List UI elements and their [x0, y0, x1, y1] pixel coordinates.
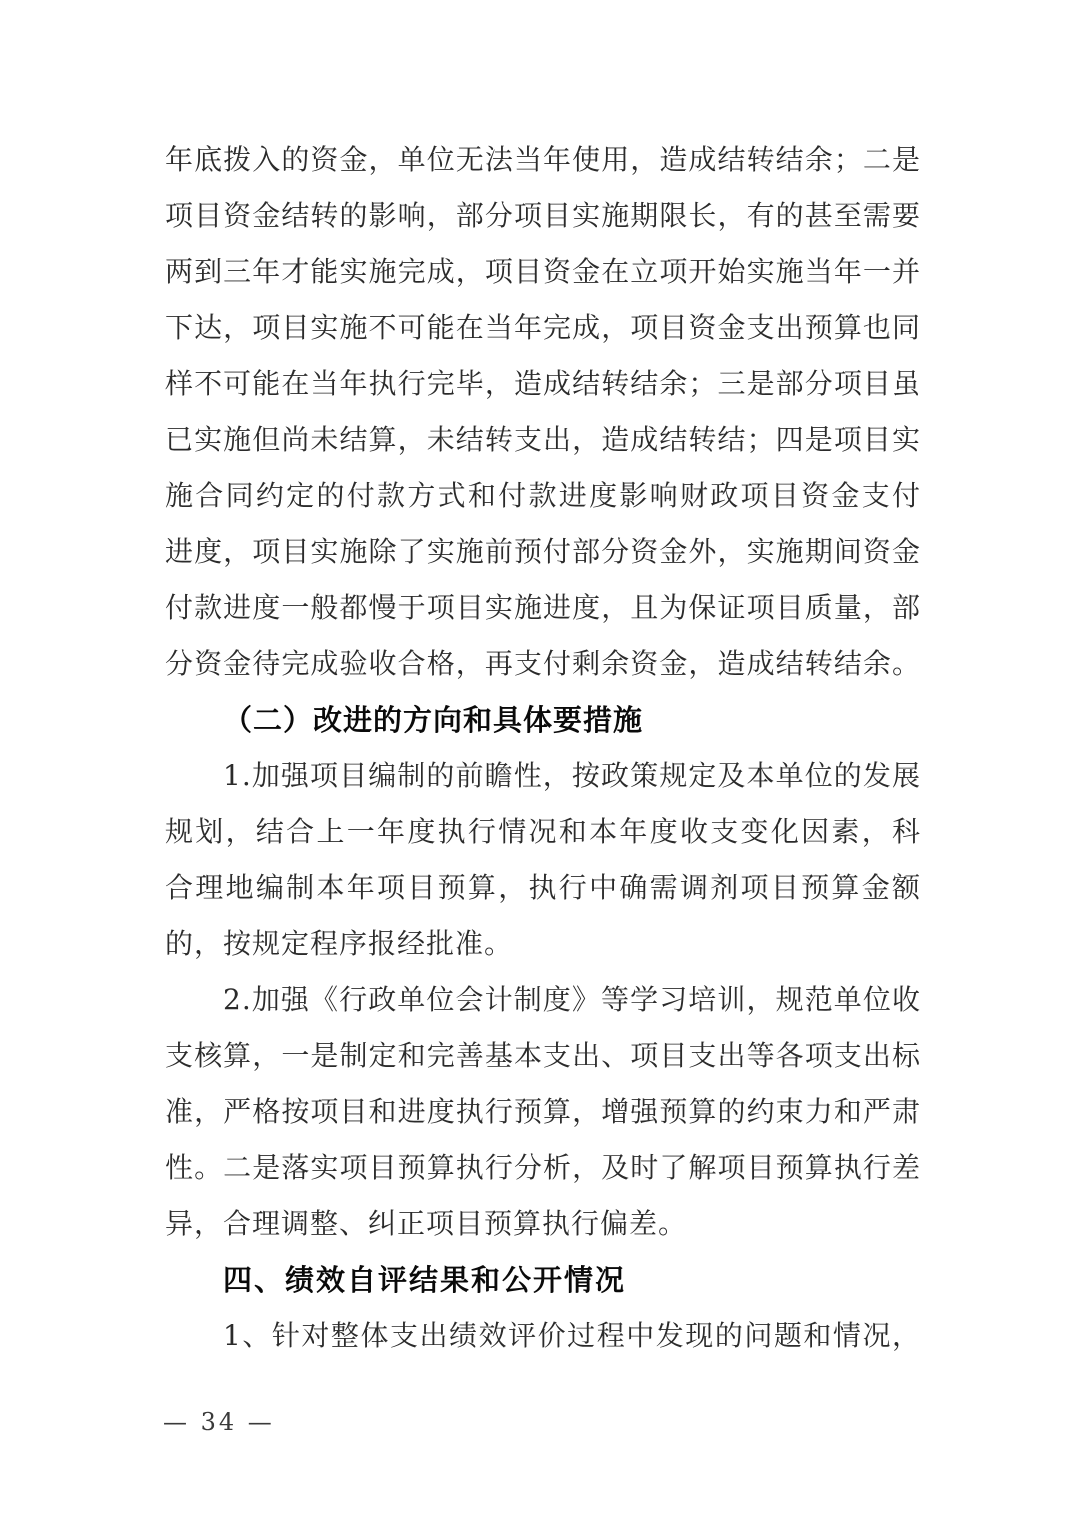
body-line: 已实施但尚未结算，未结转支出，造成结转结；四是项目实	[165, 412, 921, 468]
body-line: 施合同约定的付款方式和付款进度影响财政项目资金支付	[165, 468, 921, 524]
body-line: 准，严格按项目和进度执行预算，增强预算的约束力和严肃	[165, 1084, 921, 1140]
document-page: 年底拨入的资金，单位无法当年使用，造成结转结余；二是 项目资金结转的影响，部分项…	[0, 0, 1074, 1520]
body-line: 规划，结合上一年度执行情况和本年度收支变化因素，科学、	[165, 804, 921, 860]
body-line: 付款进度一般都慢于项目实施进度，且为保证项目质量，部	[165, 580, 921, 636]
subsection-heading: （二）改进的方向和具体要措施	[165, 692, 921, 748]
page-number: — 34 —	[163, 1402, 275, 1442]
body-line: 的，按规定程序报经批准。	[165, 916, 921, 972]
body-line: 分资金待完成验收合格，再支付剩余资金，造成结转结余。	[165, 636, 921, 692]
body-line: 年底拨入的资金，单位无法当年使用，造成结转结余；二是	[165, 132, 921, 188]
section-heading: 四、绩效自评结果和公开情况	[165, 1252, 921, 1308]
body-line: 1.加强项目编制的前瞻性，按政策规定及本单位的发展	[165, 748, 921, 804]
body-line: 两到三年才能实施完成，项目资金在立项开始实施当年一并	[165, 244, 921, 300]
body-line: 支核算，一是制定和完善基本支出、项目支出等各项支出标	[165, 1028, 921, 1084]
body-line: 下达，项目实施不可能在当年完成，项目资金支出预算也同	[165, 300, 921, 356]
body-line: 异，合理调整、纠正项目预算执行偏差。	[165, 1196, 921, 1252]
body-line: 1、针对整体支出绩效评价过程中发现的问题和情况，	[165, 1308, 921, 1364]
body-line: 样不可能在当年执行完毕，造成结转结余；三是部分项目虽	[165, 356, 921, 412]
body-line: 项目资金结转的影响，部分项目实施期限长，有的甚至需要	[165, 188, 921, 244]
body-line: 2.加强《行政单位会计制度》等学习培训，规范单位收	[165, 972, 921, 1028]
body-line: 性。二是落实项目预算执行分析，及时了解项目预算执行差	[165, 1140, 921, 1196]
text-block: 年底拨入的资金，单位无法当年使用，造成结转结余；二是 项目资金结转的影响，部分项…	[165, 132, 921, 1364]
body-line: 合理地编制本年项目预算，执行中确需调剂项目预算金额	[165, 860, 921, 916]
body-line: 进度，项目实施除了实施前预付部分资金外，实施期间资金	[165, 524, 921, 580]
